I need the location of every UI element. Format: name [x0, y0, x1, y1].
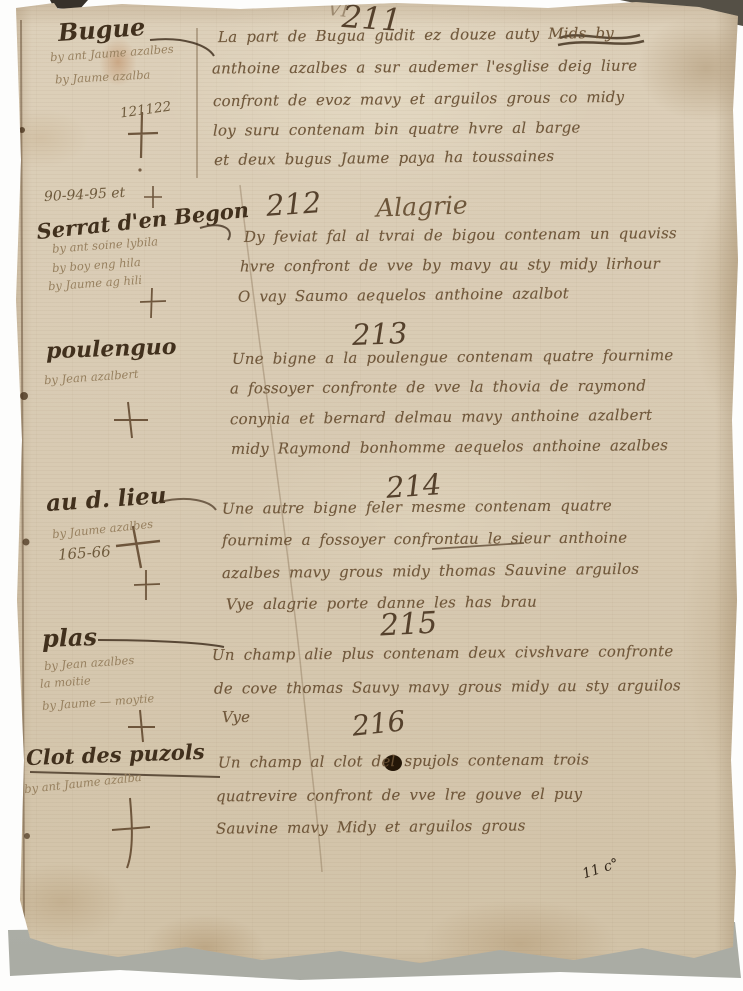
- section-number: 216: [351, 707, 407, 740]
- margin-title: Clot des puzols: [26, 741, 205, 768]
- margin-number: 90-94-95 et: [44, 186, 126, 204]
- manuscript-line: de cove thomas Sauvy mavy grous midy au …: [214, 678, 681, 696]
- manuscript-line: fournime a fossoyer confrontau le sieur …: [222, 531, 627, 549]
- manuscript-line: loy suru contenam bin quatre hvre al bar…: [213, 120, 581, 138]
- manuscript-line: et deux bugus Jaume paya ha toussaines: [214, 149, 554, 168]
- manuscript-line: Dy feviat fal al tvrai de bigou contenam…: [244, 226, 677, 245]
- manuscript-line: Un champ alie plus contenam deux civshva…: [212, 644, 674, 663]
- margin-number: 165-66: [58, 544, 112, 563]
- manuscript-line: midy Raymond bonhomme aequelos anthoine …: [231, 438, 668, 457]
- manuscript-line: confront de evoz mavy et arguilos grous …: [213, 90, 624, 109]
- section-number: 215: [379, 609, 438, 642]
- manuscript-scan: VI 11 c° 211 Bugue by ant Jaume azalbes …: [0, 0, 743, 991]
- manuscript-line: hvre confront de vve by mavy au sty midy…: [240, 257, 660, 275]
- margin-title: plas: [42, 625, 98, 651]
- manuscript-line: a fossoyer confronte de vve la thovia de…: [230, 379, 646, 397]
- manuscript-line: O vay Saumo aequelos anthoine azalbot: [238, 286, 569, 304]
- section-number: 212: [265, 188, 322, 221]
- manuscript-line: quatrevire confront de vve lre gouve el …: [216, 787, 582, 805]
- manuscript-line: Une autre bigne feler mesme contenam qua…: [222, 498, 612, 516]
- section-title: Alagrie: [376, 192, 469, 220]
- manuscript-line: conynia et bernard delmau mavy anthoine …: [230, 408, 652, 427]
- manuscript-line: Un champ al clot del spujols contenam tr…: [218, 752, 589, 770]
- paper: VI 11 c° 211 Bugue by ant Jaume azalbes …: [0, 0, 743, 991]
- section-number: 213: [352, 319, 408, 350]
- manuscript-line: anthoine azalbes a sur audemer l'esglise…: [212, 59, 637, 77]
- margin-title: Bugue: [57, 15, 146, 45]
- manuscript-line: Sauvine mavy Midy et arguilos grous: [216, 818, 526, 836]
- manuscript-line: La part de Bugua gudit ez douze auty Mid…: [218, 26, 614, 45]
- manuscript-line: Vye: [222, 710, 250, 725]
- manuscript-line: Une bigne a la poulengue contenam quatre…: [232, 348, 674, 367]
- manuscript-line: azalbes mavy grous midy thomas Sauvine a…: [222, 562, 639, 581]
- margin-title: poulenguo: [46, 336, 177, 363]
